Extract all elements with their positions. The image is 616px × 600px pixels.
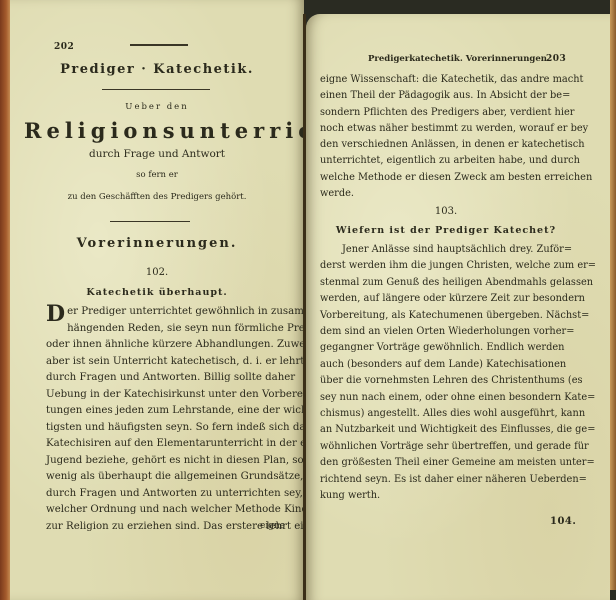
text-line: sondern Pflichten des Predigers aber, ve… xyxy=(320,105,566,121)
text-line: richtend seyn. Es ist daher einer nähere… xyxy=(320,472,570,488)
text-line: durch Fragen und Antworten zu unterricht… xyxy=(46,486,302,503)
text-line: Vorbereitung, als Katechumenen übergeben… xyxy=(320,308,570,324)
divider-rule xyxy=(110,221,190,222)
body-text: D er Prediger unterrichtet gewöhnlich in… xyxy=(46,304,302,535)
text-line: den größesten Theil einer Gemeine am mei… xyxy=(320,455,570,471)
top-rule xyxy=(130,44,188,46)
text-line: Katechisiren auf den Elementarunterricht… xyxy=(46,436,302,453)
running-title: Prediger · Katechetik. xyxy=(10,62,304,77)
next-section-number: 104. xyxy=(550,516,576,527)
text-line: wenig als überhaupt die allgemeinen Grun… xyxy=(46,469,302,486)
text-line: derst werden ihm die jungen Christen, we… xyxy=(320,258,570,274)
section-title: Vorerinnerungen. xyxy=(10,236,304,251)
body-text-top: eigne Wissenschaft: die Katechetik, das … xyxy=(320,72,566,202)
heading-sub: durch Frage und Antwort xyxy=(10,148,304,160)
text-line: oder ihnen ähnliche kürzere Abhandlungen… xyxy=(46,337,302,354)
text-line: einen Theil der Pädagogik aus. In Absich… xyxy=(320,88,566,104)
text-line: eigne Wissenschaft: die Katechetik, das … xyxy=(320,72,566,88)
text-line: an Nutzbarkeit und Wichtigkeit des Einfl… xyxy=(320,422,570,438)
left-page: 202 Prediger · Katechetik. Ueber den Rel… xyxy=(10,0,304,600)
book-cover-right-edge xyxy=(610,0,616,590)
text-line: welcher Ordnung und nach welcher Methode… xyxy=(46,502,302,519)
text-line: noch etwas näher bestimmt zu werden, wor… xyxy=(320,121,566,137)
heading-main: Religionsunterricht xyxy=(24,118,304,143)
text-line: den verschiednen Anlässen, in denen er k… xyxy=(320,137,566,153)
text-line: Jugend beziehe, gehört es nicht in diese… xyxy=(46,453,302,470)
text-line: werden, auf längere oder kürzere Zeit zu… xyxy=(320,291,570,307)
text-line: dem sind an vielen Orten Wiederholungen … xyxy=(320,324,570,340)
section-number: 102. xyxy=(10,267,304,278)
page-number: 202 xyxy=(54,42,74,52)
heading-intro: Ueber den xyxy=(10,102,304,112)
text-line: welche Methode er diesen Zweck am besten… xyxy=(320,170,566,186)
right-page: Predigerkatechetik. Vorerinnerungen. 203… xyxy=(306,14,610,600)
text-line: auch (besonders auf dem Lande) Katechisa… xyxy=(320,357,570,373)
text-line: sey nun nach einem, oder ohne einen beso… xyxy=(320,390,570,406)
text-line: Jener Anlässe sind hauptsächlich drey. Z… xyxy=(320,242,570,258)
text-line: wöhnlichen Vorträge sehr übertreffen, un… xyxy=(320,439,570,455)
book-cover-left-edge xyxy=(0,0,10,600)
text-line: hängenden Reden, sie seyn nun förmliche … xyxy=(46,321,302,338)
page-number: 203 xyxy=(546,54,566,64)
text-line: kung werth. xyxy=(320,488,570,504)
catchword: eigne xyxy=(260,518,285,535)
section-number: 103. xyxy=(306,206,586,217)
text-line: durch Fragen und Antworten. Billig sollt… xyxy=(46,370,302,387)
text-line: stenmal zum Genuß des heiligen Abendmahl… xyxy=(320,275,570,291)
heading-sub3: zu den Geschäfften des Predigers gehört. xyxy=(10,192,304,202)
body-text-main: Jener Anlässe sind hauptsächlich drey. Z… xyxy=(320,242,570,505)
section-heading: Katechetik überhaupt. xyxy=(10,287,304,298)
text-line: werde. xyxy=(320,186,566,202)
dropcap: D xyxy=(46,304,65,324)
text-line: gegangner Vorträge gewöhnlich. Endlich w… xyxy=(320,340,570,356)
text-line: er Prediger unterrichtet gewöhnlich in z… xyxy=(46,304,302,321)
text-line: Uebung in der Katechisirkunst unter den … xyxy=(46,387,302,404)
text-line: chismus) angestellt. Alles dies wohl aus… xyxy=(320,406,570,422)
text-line: über die vornehmsten Lehren des Christen… xyxy=(320,373,570,389)
divider-rule xyxy=(102,89,210,90)
text-line: tungen eines jeden zum Lehrstande, eine … xyxy=(46,403,302,420)
running-head: Predigerkatechetik. Vorerinnerungen. xyxy=(368,54,550,64)
text-line: unterrichtet, eigentlich zu arbeiten hab… xyxy=(320,153,566,169)
section-heading: Wiefern ist der Prediger Katechet? xyxy=(306,225,586,236)
heading-sub2: so fern er xyxy=(10,170,304,180)
text-line: tigsten und häufigsten seyn. So fern ind… xyxy=(46,420,302,437)
text-line: aber ist sein Unterricht katechetisch, d… xyxy=(46,354,302,371)
